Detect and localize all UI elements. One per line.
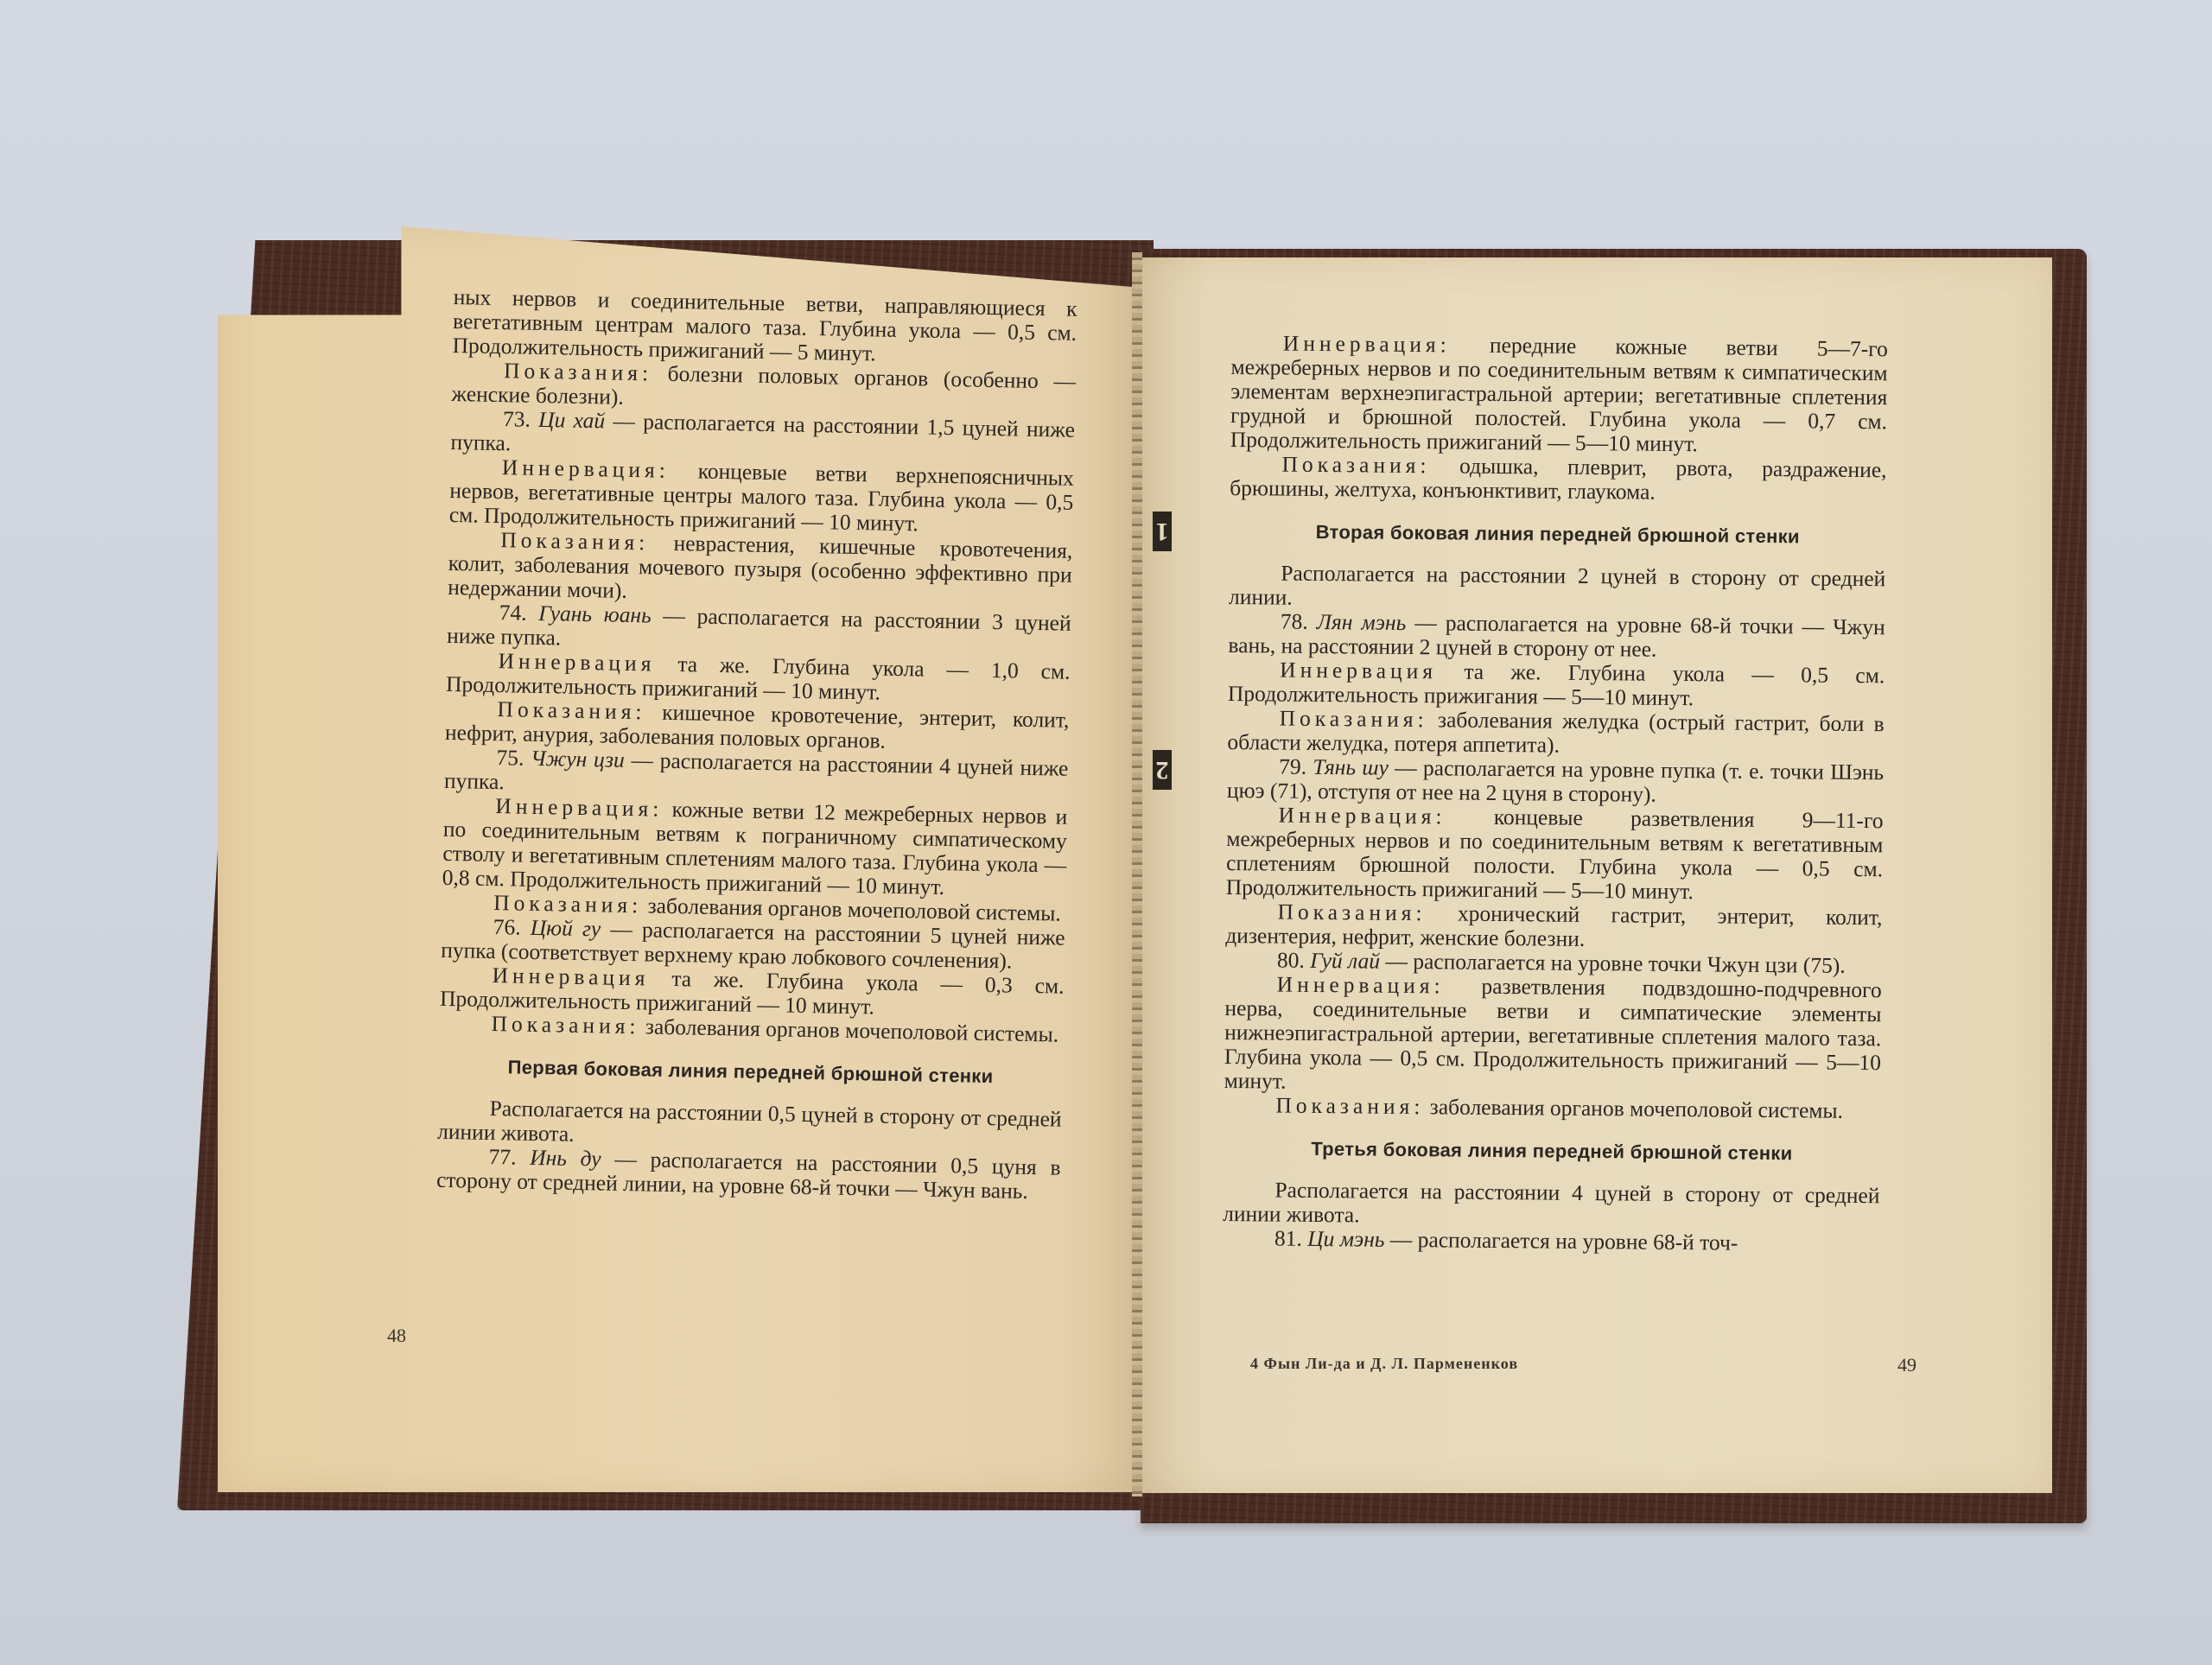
- acupoint-entry: 79. Тянь шу — располагается на уровне пу…: [1227, 754, 1885, 809]
- paragraph-label: Показания:: [1277, 899, 1426, 926]
- point-number: 73.: [503, 406, 531, 432]
- section-heading: Первая боковая линия передней брюшной ст…: [438, 1054, 1062, 1090]
- point-name: Гуй лай: [1310, 948, 1380, 974]
- paragraph-label: Показания:: [493, 890, 643, 918]
- point-description: — располагается на уровне 68-й точ-: [1384, 1227, 1738, 1255]
- section-heading: Третья боковая линия передней брюшной ст…: [1224, 1136, 1880, 1166]
- point-name: Ци мэнь: [1307, 1226, 1385, 1252]
- paragraph-label: Иннервация:: [1278, 803, 1446, 829]
- paragraph-label: Иннервация:: [1277, 972, 1445, 999]
- labeled-paragraph: Иннервация: передние кожные ветви 5—7-го…: [1230, 331, 1888, 458]
- labeled-paragraph: Показания: заболевания органов мочеполов…: [1224, 1093, 1880, 1123]
- paragraph-label: Показания:: [497, 696, 646, 724]
- page-number-right: 49: [1897, 1354, 1916, 1376]
- left-page-text: ных нервов и соединительные ветви, напра…: [436, 285, 1077, 1204]
- right-page-text: Иннервация: передние кожные ветви 5—7-го…: [1223, 331, 1888, 1256]
- labeled-paragraph: Показания: хронический гастрит, энтерит,…: [1225, 899, 1883, 954]
- point-number: 81.: [1274, 1226, 1302, 1251]
- point-name: Лян мэнь: [1317, 609, 1407, 635]
- paragraph-continuation: ных нервов и соединительные ветви, напра…: [452, 285, 1077, 370]
- point-name: Гуань юань: [538, 601, 652, 627]
- book-spine-gutter: [1132, 252, 1142, 1497]
- labeled-paragraph: Показания: заболевания желудка (острый г…: [1227, 706, 1885, 760]
- point-name: Инь ду: [530, 1145, 601, 1172]
- paragraph-label: Показания:: [1280, 706, 1428, 733]
- labeled-paragraph: Показания: неврастения, кишечные кровоте…: [448, 527, 1072, 612]
- point-number: 75.: [496, 745, 524, 771]
- gutter-mark-1: 1: [1153, 512, 1172, 551]
- paragraph-label: Показания:: [491, 1011, 640, 1039]
- paragraph-label: Иннервация: [1280, 658, 1437, 684]
- acupoint-entry: 78. Лян мэнь — располагается на уровне 6…: [1228, 609, 1885, 664]
- point-name: Тянь шу: [1313, 754, 1389, 780]
- labeled-paragraph: Иннервация: разветвления подвздошно-подч…: [1224, 972, 1882, 1099]
- gutter-mark-2: 2: [1153, 750, 1172, 790]
- point-name: Цюй гу: [530, 915, 601, 942]
- point-number: 78.: [1281, 609, 1308, 634]
- labeled-paragraph: Иннервация та же. Глубина укола — 0,5 см…: [1228, 658, 1885, 712]
- point-number: 74.: [499, 600, 526, 626]
- labeled-paragraph: Показания: одышка, плеврит, рвота, раздр…: [1230, 452, 1887, 506]
- point-name: Чжун цзи: [531, 746, 625, 772]
- paragraph-body: заболевания органов мочеполовой системы.: [1424, 1094, 1843, 1123]
- labeled-paragraph: Иннервация: концевые ветви верхнепояснич…: [449, 454, 1074, 539]
- paragraph-label: Показания:: [1281, 452, 1430, 479]
- paragraph-label: Иннервация:: [1283, 331, 1451, 358]
- paragraph-label: Показания:: [1275, 1093, 1424, 1120]
- page-number-left: 48: [387, 1325, 406, 1347]
- point-number: 80.: [1277, 948, 1305, 973]
- signature-line: 4 Фын Ли-да и Д. Л. Пармененков: [1250, 1355, 1518, 1373]
- paragraph-label: Показания:: [500, 527, 650, 555]
- point-number: 77.: [488, 1144, 516, 1170]
- paragraph: Располагается на расстоянии 2 цуней в ст…: [1229, 561, 1886, 615]
- paragraph: Располагается на расстоянии 4 цуней в ст…: [1223, 1178, 1880, 1232]
- point-name: Ци хай: [538, 407, 605, 433]
- section-heading: Вторая боковая линия передней брюшной ст…: [1230, 519, 1886, 550]
- labeled-paragraph: Иннервация: кожные ветви 12 межреберных …: [442, 793, 1068, 902]
- labeled-paragraph: Иннервация: концевые разветвления 9—11-г…: [1226, 803, 1884, 906]
- paragraph-label: Показания:: [504, 358, 653, 385]
- point-number: 79.: [1279, 754, 1306, 779]
- point-number: 76.: [493, 914, 520, 940]
